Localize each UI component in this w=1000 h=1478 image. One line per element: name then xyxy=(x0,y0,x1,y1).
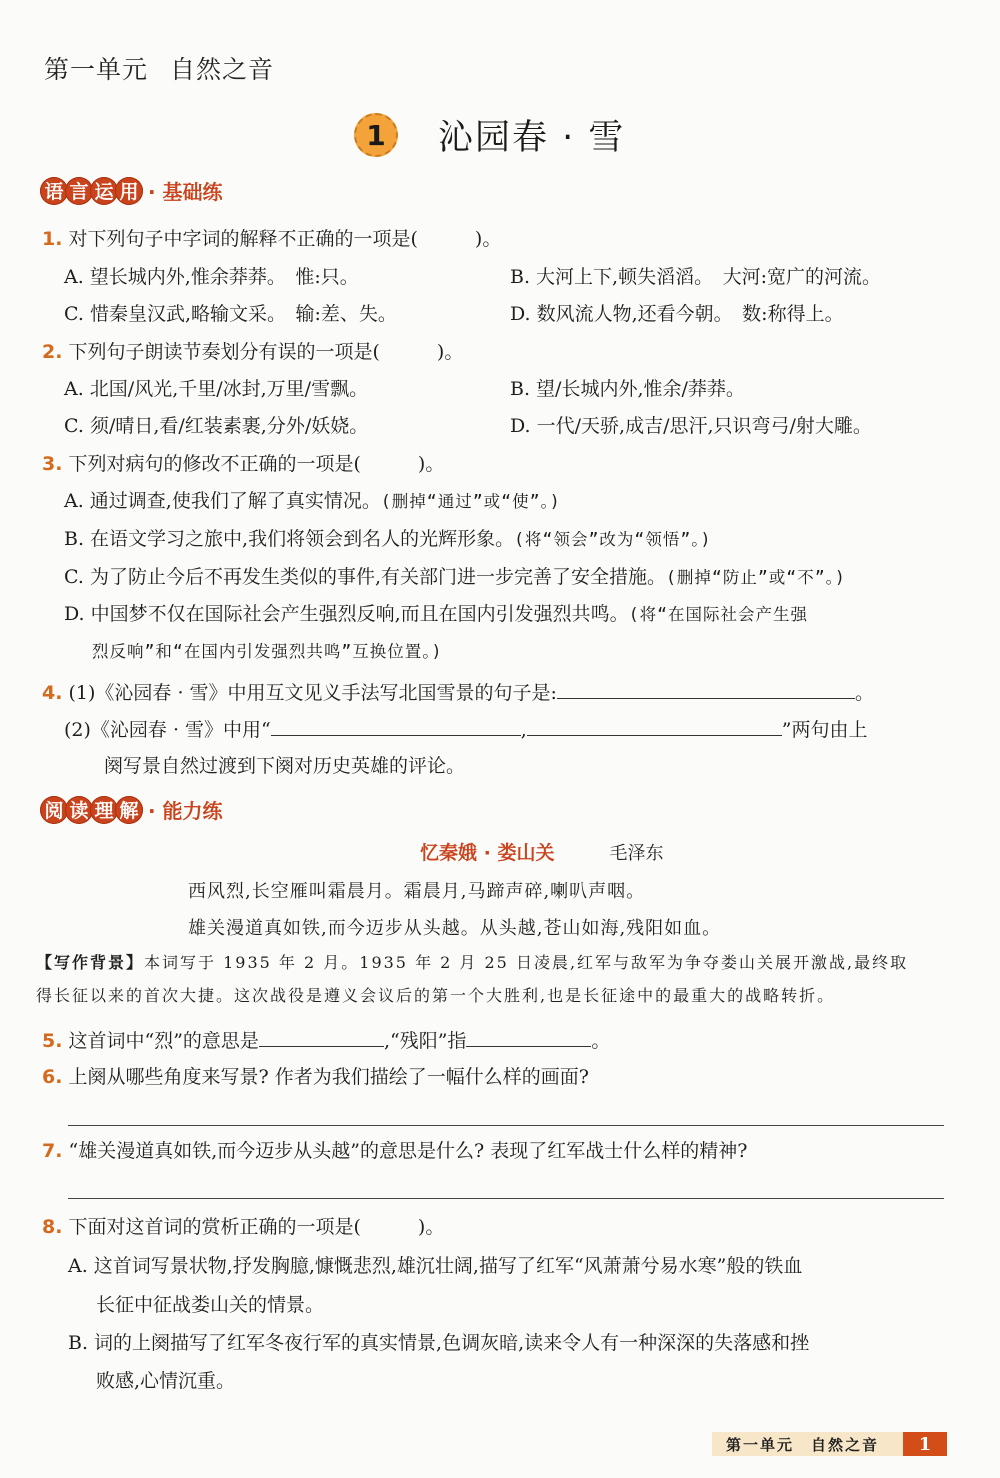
question-2-stem: 2. 下列句子朗读节奏划分有误的一项是( )。 xyxy=(42,341,463,363)
q3-option-c: C. 为了防止今后不再发生类似的事件,有关部门进一步完善了安全措施。(删掉“防止… xyxy=(64,566,846,589)
question-number: 8. xyxy=(42,1216,62,1238)
page-number: 1 xyxy=(903,1432,947,1456)
answer-blank[interactable] xyxy=(259,1028,384,1047)
section-reading-heading: 阅 读 理 解 · 能力练 xyxy=(40,795,223,824)
q2-option-b: B. 望/长城内外,惟余/莽莽。 xyxy=(510,378,745,400)
page-footer: 第一单元 自然之音 1 xyxy=(712,1432,907,1456)
q2-option-c: C. 须/晴日,看/红装素裹,分外/妖娆。 xyxy=(64,415,368,437)
question-number: 1. xyxy=(42,228,62,250)
question-number: 4. xyxy=(42,682,62,704)
q3-option-b: B. 在语文学习之旅中,我们将领会到名人的光辉形象。(将“领会”改为“领悟”。) xyxy=(64,528,711,551)
poem-line-1: 西风烈,长空雁叫霜晨月。霜晨月,马蹄声碎,喇叭声咽。 xyxy=(188,877,645,903)
question-5: 5. 这首词中“烈”的意思是,“残阳”指。 xyxy=(42,1028,610,1052)
answer-blank[interactable] xyxy=(527,717,782,736)
poem-line-2: 雄关漫道真如铁,而今迈步从头越。从头越,苍山如海,残阳如血。 xyxy=(188,914,721,940)
answer-line[interactable] xyxy=(68,1198,944,1199)
lesson-number-badge: 1 xyxy=(354,113,398,157)
question-7: 7. “雄关漫道真如铁,而今迈步从头越”的意思是什么? 表现了红军战士什么样的精… xyxy=(42,1140,747,1162)
question-4-part-2-cont: 阕写景自然过渡到下阕对历史英雄的评论。 xyxy=(104,755,465,777)
question-4-part-2: (2)《沁园春 · 雪》中用“,”两句由上 xyxy=(64,717,868,741)
question-8-stem: 8. 下面对这首词的赏析正确的一项是( )。 xyxy=(42,1216,444,1238)
question-number: 6. xyxy=(42,1066,62,1088)
q3-option-d: D. 中国梦不仅在国际社会产生强烈反响,而且在国内引发强烈共鸣。(将“在国际社会… xyxy=(64,603,808,626)
writing-background: 【写作背景】本词写于 1935 年 2 月。1935 年 2 月 25 日凌晨,… xyxy=(36,953,966,1006)
q8-option-a: A. 这首词写景状物,抒发胸臆,慷慨悲烈,雄沉壮阔,描写了红军“风萧萧兮易水寒”… xyxy=(68,1255,802,1277)
q1-option-a: A. 望长城内外,惟余莽莽。 惟:只。 xyxy=(64,266,359,288)
question-number: 3. xyxy=(42,453,62,475)
lesson-heading: 1 沁园春 · 雪 xyxy=(354,110,625,160)
unit-label: 第一单元 xyxy=(44,55,148,84)
q8-option-a-cont: 长征中征战娄山关的情景。 xyxy=(96,1294,324,1316)
question-number: 2. xyxy=(42,341,62,363)
section-language-heading: 语 言 运 用 · 基础练 xyxy=(40,176,223,205)
q2-option-a: A. 北国/风光,千里/冰封,万里/雪飘。 xyxy=(64,378,368,400)
question-1-stem: 1. 对下列句子中字词的解释不正确的一项是( )。 xyxy=(42,228,501,250)
poem-heading: 忆秦娥 · 娄山关 毛泽东 xyxy=(420,838,664,865)
footer-unit-label: 第一单元 自然之音 xyxy=(712,1434,879,1455)
q2-option-d: D. 一代/天骄,成吉/思汗,只识弯弓/射大雕。 xyxy=(510,415,872,437)
question-4-part-1: 4. (1)《沁园春 · 雪》中用互文见义手法写北国雪景的句子是:。 xyxy=(42,680,874,704)
q3-option-d-note-cont: 烈反响”和“在国内引发强烈共鸣”互换位置。) xyxy=(92,641,443,663)
question-number: 5. xyxy=(42,1030,62,1052)
question-number: 7. xyxy=(42,1140,62,1162)
q8-option-b: B. 词的上阕描写了红军冬夜行军的真实情景,色调灰暗,读来令人有一种深深的失落感… xyxy=(68,1332,809,1354)
answer-blank[interactable] xyxy=(271,717,521,736)
q1-option-c: C. 惜秦皇汉武,略输文采。 输:差、失。 xyxy=(64,303,397,325)
poem-title: 忆秦娥 · 娄山关 xyxy=(420,842,554,864)
q3-option-a: A. 通过调查,使我们了解了真实情况。(删掉“通过”或“使”。) xyxy=(64,490,561,513)
answer-blank[interactable] xyxy=(557,680,855,699)
answer-blank[interactable] xyxy=(466,1028,591,1047)
section-badge: 语 言 运 用 xyxy=(40,177,140,205)
poem-author: 毛泽东 xyxy=(610,843,664,864)
answer-line[interactable] xyxy=(68,1125,944,1126)
background-label: 【写作背景】 xyxy=(36,953,144,972)
q8-option-b-cont: 败感,心情沉重。 xyxy=(96,1370,235,1392)
section-subtitle: · 能力练 xyxy=(148,795,223,824)
lesson-title: 沁园春 · 雪 xyxy=(438,110,625,160)
q1-option-b: B. 大河上下,顿失滔滔。 大河:宽广的河流。 xyxy=(510,266,881,288)
unit-heading: 第一单元自然之音 xyxy=(44,50,274,86)
q1-option-d: D. 数风流人物,还看今朝。 数:称得上。 xyxy=(510,303,844,325)
section-subtitle: · 基础练 xyxy=(148,176,223,205)
unit-theme: 自然之音 xyxy=(170,55,274,84)
section-badge: 阅 读 理 解 xyxy=(40,796,140,824)
question-6: 6. 上阕从哪些角度来写景? 作者为我们描绘了一幅什么样的画面? xyxy=(42,1066,589,1088)
question-3-stem: 3. 下列对病句的修改不正确的一项是( )。 xyxy=(42,453,444,475)
